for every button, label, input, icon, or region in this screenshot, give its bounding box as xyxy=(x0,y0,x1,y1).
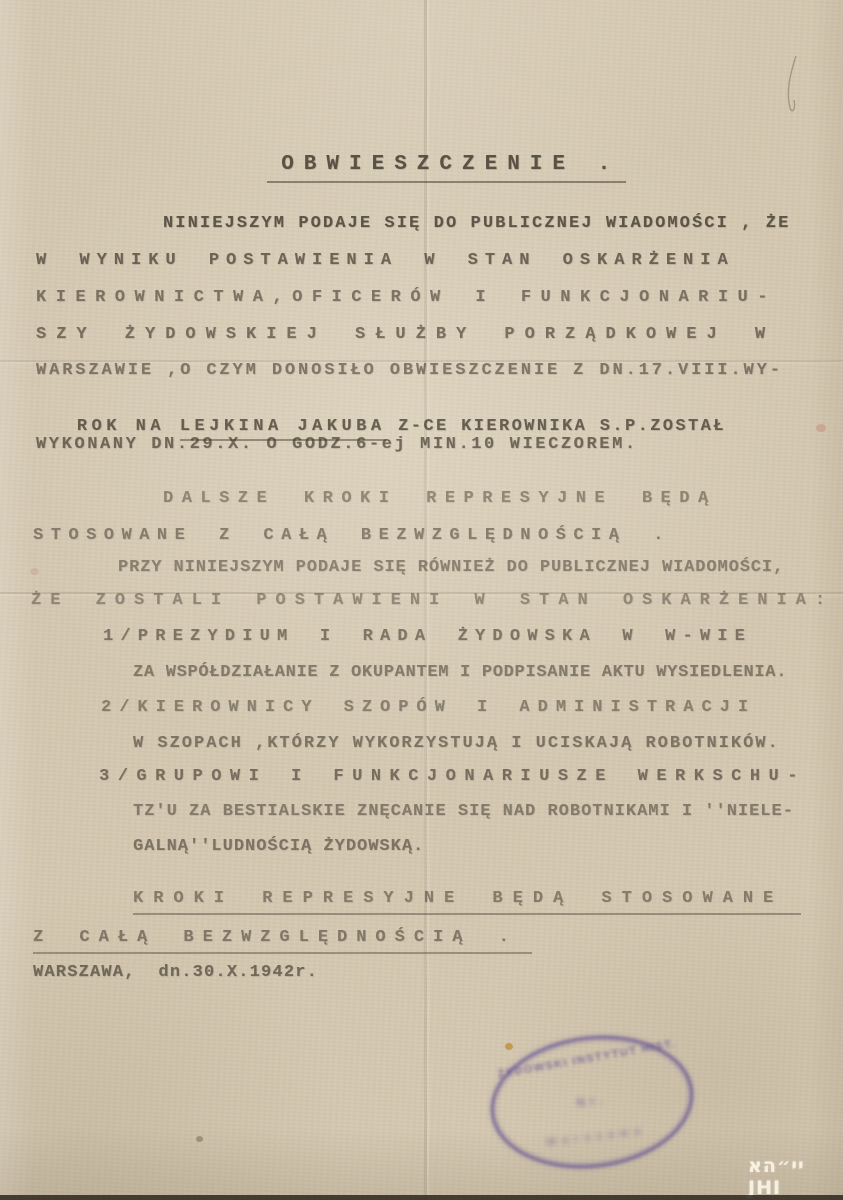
typewritten-line: GALNĄ''LUDNOŚCIĄ ŻYDOWSKĄ. xyxy=(133,837,424,856)
typewritten-line: SZY ŻYDOWSKIEJ SŁUŻBY PORZĄDKOWEJ W xyxy=(36,325,775,344)
typewritten-line: 3/GRUPOWI I FUNKCJONARIUSZE WERKSCHU- xyxy=(99,767,806,786)
typewritten-line: 2/KIEROWNICY SZOPÓW I ADMINISTRACJI xyxy=(101,698,756,717)
paper-stain xyxy=(30,568,39,575)
paper-stain xyxy=(196,1136,203,1142)
typewritten-line: W WYNIKU POSTAWIENIA W STAN OSKARŻENIA xyxy=(36,251,735,270)
typewritten-line: TZ'U ZA BESTIALSKIE ZNĘCANIE SIĘ NAD ROB… xyxy=(133,802,794,821)
dateline: WARSZAWA, dn.30.X.1942r. xyxy=(33,963,318,982)
typewritten-line: STOSOWANE Z CAŁĄ BEZWZGLĘDNOŚCIĄ . xyxy=(33,526,671,545)
typewritten-line: PRZY NINIEJSZYM PODAJE SIĘ RÓWNIEŻ DO PU… xyxy=(118,558,784,577)
typewritten-line: ZA WSPÓŁDZIAŁANIE Z OKUPANTEM I PODPISAN… xyxy=(133,663,787,682)
document-title-text: OBWIESZCZENIE . xyxy=(267,153,626,183)
paper-stain xyxy=(816,424,826,432)
typewritten-line: NINIEJSZYM PODAJE SIĘ DO PUBLICZNEJ WIAD… xyxy=(163,214,790,233)
typewritten-line-underlined: KROKI REPRESYJNE BĘDĄ STOSOWANE xyxy=(133,889,801,915)
line-prefix: ROK NA xyxy=(77,417,180,436)
typewritten-line: DALSZE KROKI REPRESYJNE BĘDĄ xyxy=(163,489,717,508)
typewritten-line: KIEROWNICTWA,OFICERÓW I FUNKCJONARIU- xyxy=(36,288,777,307)
scanned-document-page: OBWIESZCZENIE . NINIEJSZYM PODAJE SIĘ DO… xyxy=(0,0,843,1200)
typewritten-line: ŻE ZOSTALI POSTAWIENI W STAN OSKARŻENIA: xyxy=(31,591,834,610)
document-title: OBWIESZCZENIE . xyxy=(0,130,843,206)
typewritten-line-underlined: Z CAŁĄ BEZWZGLĘDNOŚCIĄ . xyxy=(33,928,532,954)
typewritten-line: 1/PREZYDIUM I RADA ŻYDOWSKA W W-WIE xyxy=(103,627,752,646)
archival-stamp: ŻYDOWSKI INSTYTUT HIST. Nr. Warszawa xyxy=(483,1024,702,1180)
typewritten-line: WYKONANY DN.29.X. O GODZ.6-ej MIN.10 WIE… xyxy=(36,435,638,454)
jhi-watermark: יי״הא JHI xyxy=(748,1155,843,1199)
line-suffix: Z-CE KIEROWNIKA S.P.ZOSTAŁ xyxy=(386,417,726,436)
pencil-mark xyxy=(770,52,814,122)
photo-bottom-edge xyxy=(0,1195,843,1200)
typewritten-line: W SZOPACH ,KTÓRZY WYKORZYSTUJĄ I UCISKAJ… xyxy=(133,734,780,753)
typewritten-line: WARSZAWIE ,O CZYM DONOSIŁO OBWIESZCZENIE… xyxy=(36,361,783,380)
